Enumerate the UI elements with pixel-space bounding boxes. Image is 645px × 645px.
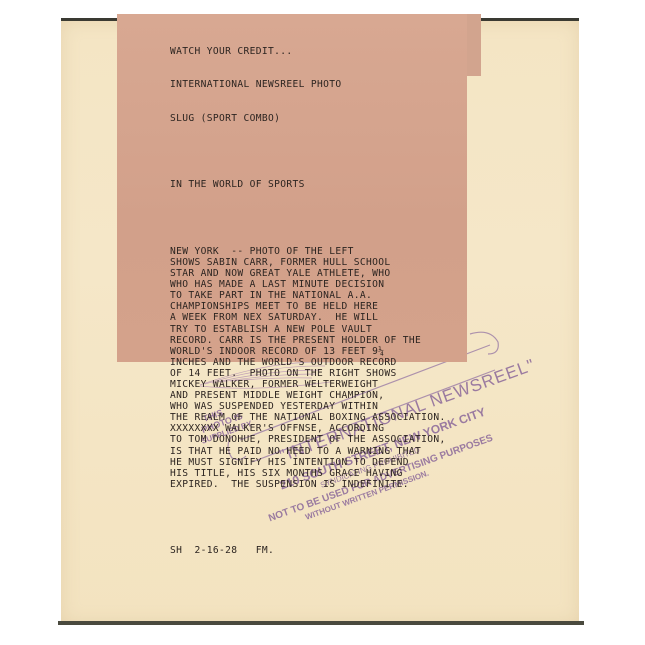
slip-footer: SH 2-16-28 FM. <box>170 545 480 556</box>
body-line: AND PRESENT MIDDLE WEIGHT CHAMPION, <box>170 390 480 401</box>
body-line: IS THAT HE PAID NO HEED TO A WARNING THA… <box>170 446 480 457</box>
body-line: THE REALM OF THE NATIONAL BOXING ASSOCIA… <box>170 412 480 423</box>
header-line: INTERNATIONAL NEWSREEL PHOTO <box>170 79 480 90</box>
body-line: WORLD'S INDOOR RECORD OF 13 FEET 9¼ <box>170 346 480 357</box>
body-line: HIS TITLE, HIS SIX MONTHS GRACE HAVING <box>170 468 480 479</box>
caption-body: NEW YORK -- PHOTO OF THE LEFTSHOWS SABIN… <box>170 246 480 490</box>
body-line: XXXXXXXX WALKER'S OFFNSE, ACCORDING <box>170 423 480 434</box>
body-line: A WEEK FROM NEX SATURDAY. HE WILL <box>170 312 480 323</box>
body-line: WHO HAS MADE A LAST MINUTE DECISION <box>170 279 480 290</box>
body-line: HE MUST SIGNIFY HIS INTENTION TO DEFEND <box>170 457 480 468</box>
header-line: SLUG (SPORT COMBO) <box>170 113 480 124</box>
section-title: IN THE WORLD OF SPORTS <box>170 179 480 190</box>
body-line: STAR AND NOW GREAT YALE ATHLETE, WHO <box>170 268 480 279</box>
body-line: TRY TO ESTABLISH A NEW POLE VAULT <box>170 324 480 335</box>
body-line: TO TAKE PART IN THE NATIONAL A.A. <box>170 290 480 301</box>
body-line: SHOWS SABIN CARR, FORMER HULL SCHOOL <box>170 257 480 268</box>
body-line: CHAMPIONSHIPS MEET TO BE HELD HERE <box>170 301 480 312</box>
body-line: OF 14 FEET. PHOTO ON THE RIGHT SHOWS <box>170 368 480 379</box>
body-line: TO TOM DONOHUE, PRESIDENT OF THE ASSOCIA… <box>170 434 480 445</box>
body-line: RECORD. CARR IS THE PRESENT HOLDER OF TH… <box>170 335 480 346</box>
body-line: MICKEY WALKER, FORMER WELTERWEIGHT <box>170 379 480 390</box>
header-line: WATCH YOUR CREDIT... <box>170 46 480 57</box>
body-line: NEW YORK -- PHOTO OF THE LEFT <box>170 246 480 257</box>
body-line: EXPIRED. THE SUSPENSION IS INDEFINITE. <box>170 479 480 490</box>
paper-bottom-edge <box>58 621 584 625</box>
caption-text: WATCH YOUR CREDIT... INTERNATIONAL NEWSR… <box>170 24 480 568</box>
body-line: INCHES AND THE WORLD'S OUTDOOR RECORD <box>170 357 480 368</box>
body-line: WHO WAS SUSPENDED YESTERDAY WITHIN <box>170 401 480 412</box>
